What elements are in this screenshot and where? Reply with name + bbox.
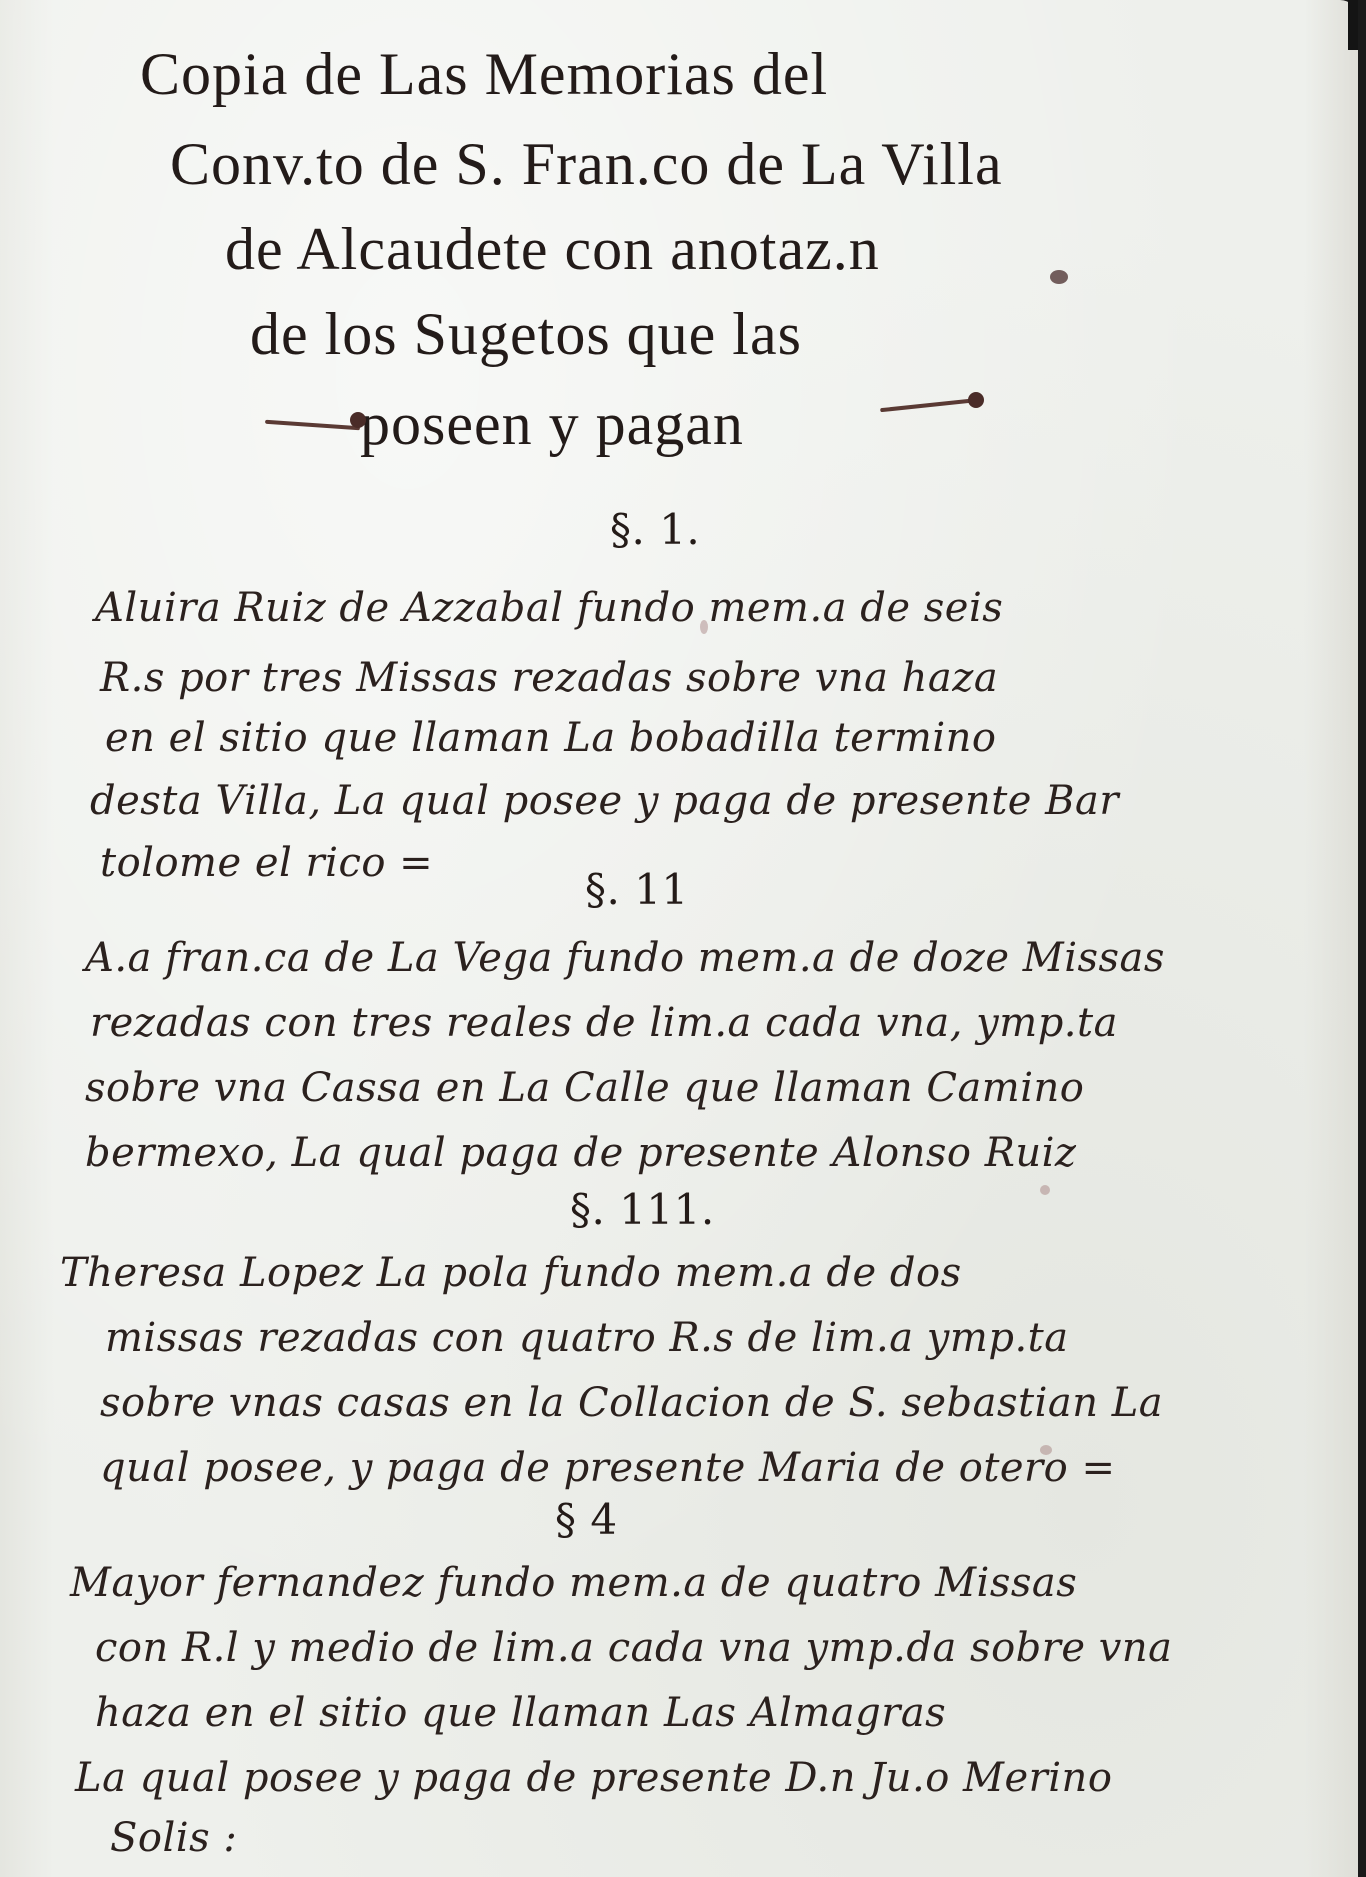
section-4-line-1: Mayor fernandez fundo mem.a de quatro Mi…: [70, 1560, 1077, 1606]
ink-blot: [1050, 270, 1068, 284]
section-2-line-4: bermexo, La qual paga de presente Alonso…: [85, 1130, 1076, 1176]
page-edge-shadow: [1348, 0, 1358, 50]
ink-stain: [1040, 1445, 1052, 1455]
section-4-line-3: haza en el sitio que llaman Las Almagras: [95, 1690, 946, 1736]
section-mark-2: §. 11: [585, 865, 689, 914]
section-4-line-5: Solis :: [110, 1815, 237, 1861]
section-1-line-3: en el sitio que llaman La bobadilla term…: [105, 715, 997, 761]
section-4-line-2: con R.l y medio de lim.a cada vna ymp.da…: [95, 1625, 1172, 1671]
section-3-line-4: qual posee, y paga de presente Maria de …: [100, 1445, 1116, 1491]
section-3-line-2: missas rezadas con quatro R.s de lim.a y…: [105, 1315, 1069, 1361]
title-line-2: Conv.to de S. Fran.co de La Villa: [170, 130, 1003, 199]
section-2-line-2: rezadas con tres reales de lim.a cada vn…: [90, 1000, 1118, 1046]
title-line-1: Copia de Las Memorias del: [140, 40, 828, 109]
section-mark-4: § 4: [555, 1495, 618, 1544]
section-1-line-5: tolome el rico =: [100, 840, 433, 886]
section-4-line-4: La qual posee y paga de presente D.n Ju.…: [75, 1755, 1112, 1801]
title-line-4: de los Sugetos que las: [250, 300, 802, 369]
section-2-line-1: A.a fran.ca de La Vega fundo mem.a de do…: [85, 935, 1165, 981]
title-line-5: poseen y pagan: [360, 390, 744, 459]
left-flourish: [265, 420, 360, 431]
section-mark-1: §. 1.: [610, 505, 700, 554]
manuscript-page: Copia de Las Memorias del Conv.to de S. …: [0, 0, 1358, 1877]
section-3-line-1: Theresa Lopez La pola fundo mem.a de dos: [60, 1250, 962, 1296]
right-flourish: [880, 398, 980, 412]
section-3-line-3: sobre vnas casas en la Collacion de S. s…: [100, 1380, 1163, 1426]
title-line-3: de Alcaudete con anotaz.n: [225, 215, 880, 284]
section-1-line-1: Aluira Ruiz de Azzabal fundo mem.a de se…: [95, 585, 1003, 631]
section-1-line-2: R.s por tres Missas rezadas sobre vna ha…: [100, 655, 998, 701]
left-flourish-dot: [350, 412, 366, 428]
section-2-line-3: sobre vna Cassa en La Calle que llaman C…: [85, 1065, 1084, 1111]
section-1-line-4: desta Villa, La qual posee y paga de pre…: [90, 778, 1119, 824]
right-flourish-dot: [968, 392, 984, 408]
ink-stain: [1040, 1185, 1050, 1195]
ink-stain: [700, 620, 708, 634]
section-mark-3: §. 111.: [570, 1185, 715, 1234]
